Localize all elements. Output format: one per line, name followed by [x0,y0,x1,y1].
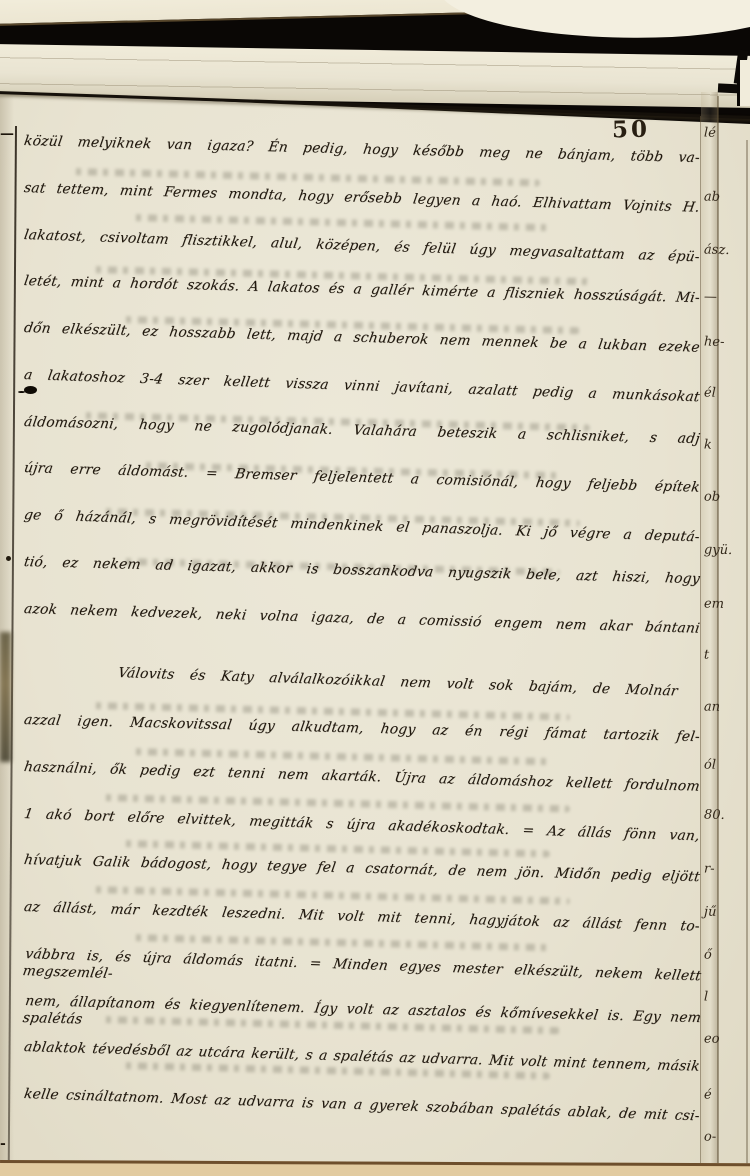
adjacent-page-fragment: ab [704,190,750,206]
adjacent-page-fragment: él [704,386,750,402]
adjacent-page-fragment: o- [704,1130,750,1146]
adjacent-page-fragment: k [704,438,750,454]
ink-blot [24,386,37,394]
adjacent-page-fragment: em [704,597,750,613]
margin-mark: — [0,126,14,142]
adjacent-page-fragment: an [704,700,750,716]
adjacent-page-fragment: eo [704,1032,750,1048]
page-number: 50 [612,116,650,144]
adjacent-page-fragment: gyü. [704,543,750,559]
adjacent-page-fragment: — [704,290,750,306]
ink-speck [6,556,11,561]
adjacent-page-fragment: jű [704,905,750,921]
adjacent-page-fragment: ob [704,490,750,506]
adjacent-page-fragment: t [704,648,750,664]
adjacent-page-fragment: ász. [704,243,750,259]
edge-smudge [0,632,11,762]
adjacent-page-fragment: he- [704,335,750,351]
adjacent-page-fragment: lé [704,126,750,142]
bottom-scan-band [0,1160,750,1176]
page-stack-tab [737,60,750,106]
adjacent-page-fragment: r- [704,862,750,878]
adjacent-page-fragment: l [704,990,750,1006]
fold-crease-line [717,96,719,1176]
margin-mark: - [0,1136,6,1152]
adjacent-page-fragment: 80. [704,808,750,824]
adjacent-page-fragment: é [704,1088,750,1104]
adjacent-page-fragment: ő [704,948,750,964]
adjacent-page-fragment: ól [704,758,750,774]
